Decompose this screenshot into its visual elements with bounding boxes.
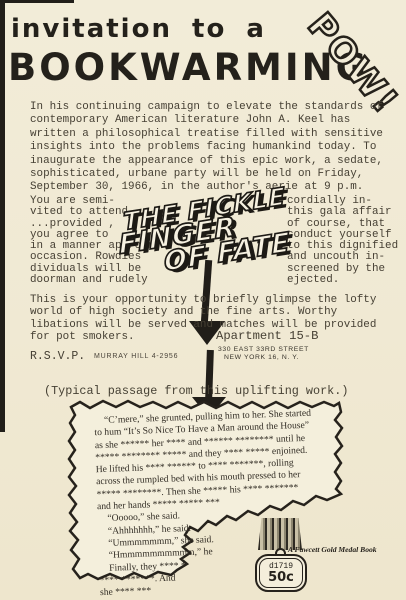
apartment-line: Apartment 15-B	[216, 329, 318, 343]
invite-line: ejected.	[287, 275, 398, 286]
price-label: 50c	[268, 571, 294, 584]
intro-paragraph: In his continuing campaign to elevate th…	[30, 101, 383, 195]
flyer-page: invitation to a BOOKWARMING POW! In his …	[0, 0, 406, 600]
intro-line: In his continuing campaign to elevate th…	[30, 101, 383, 114]
closing-paragraph: This is your opportunity to briefly glim…	[30, 294, 376, 344]
intro-line: insights into the problems facing humank…	[30, 141, 383, 154]
closing-line: This is your opportunity to briefly glim…	[30, 294, 376, 306]
imprint-label: A Fawcett Gold Medal Book	[288, 545, 377, 554]
intro-line: written a philosophical treatise filled …	[30, 128, 383, 141]
phone-number: MURRAY HILL 4-2956	[94, 353, 178, 360]
intro-line: September 30, 1966, in the author's aeri…	[30, 181, 383, 194]
closing-line: for pot smokers.	[30, 331, 376, 343]
scan-edge-artifact	[0, 0, 74, 3]
headline-bookwarming: BOOKWARMING	[8, 46, 369, 89]
closing-line: libations will be served and matches wil…	[30, 319, 376, 331]
scan-edge-artifact	[0, 0, 5, 432]
rsvp-label: R.S.V.P.	[30, 350, 85, 363]
intro-line: sophisticated, urbane party will be held…	[30, 168, 383, 181]
headline-line1: invitation to a	[11, 14, 266, 44]
intro-line: contemporary American literature John A.…	[30, 114, 383, 127]
medal-badge-inner: d1719 50c	[259, 558, 303, 588]
closing-line: world of high society and the fine arts.…	[30, 306, 376, 318]
address-line-2: NEW YORK 16, N. Y.	[224, 354, 299, 361]
medal-badge: d1719 50c	[255, 554, 307, 592]
address-line-1: 330 EAST 33RD STREET	[218, 346, 309, 353]
intro-line: inaugurate the appearance of this epic w…	[30, 155, 383, 168]
